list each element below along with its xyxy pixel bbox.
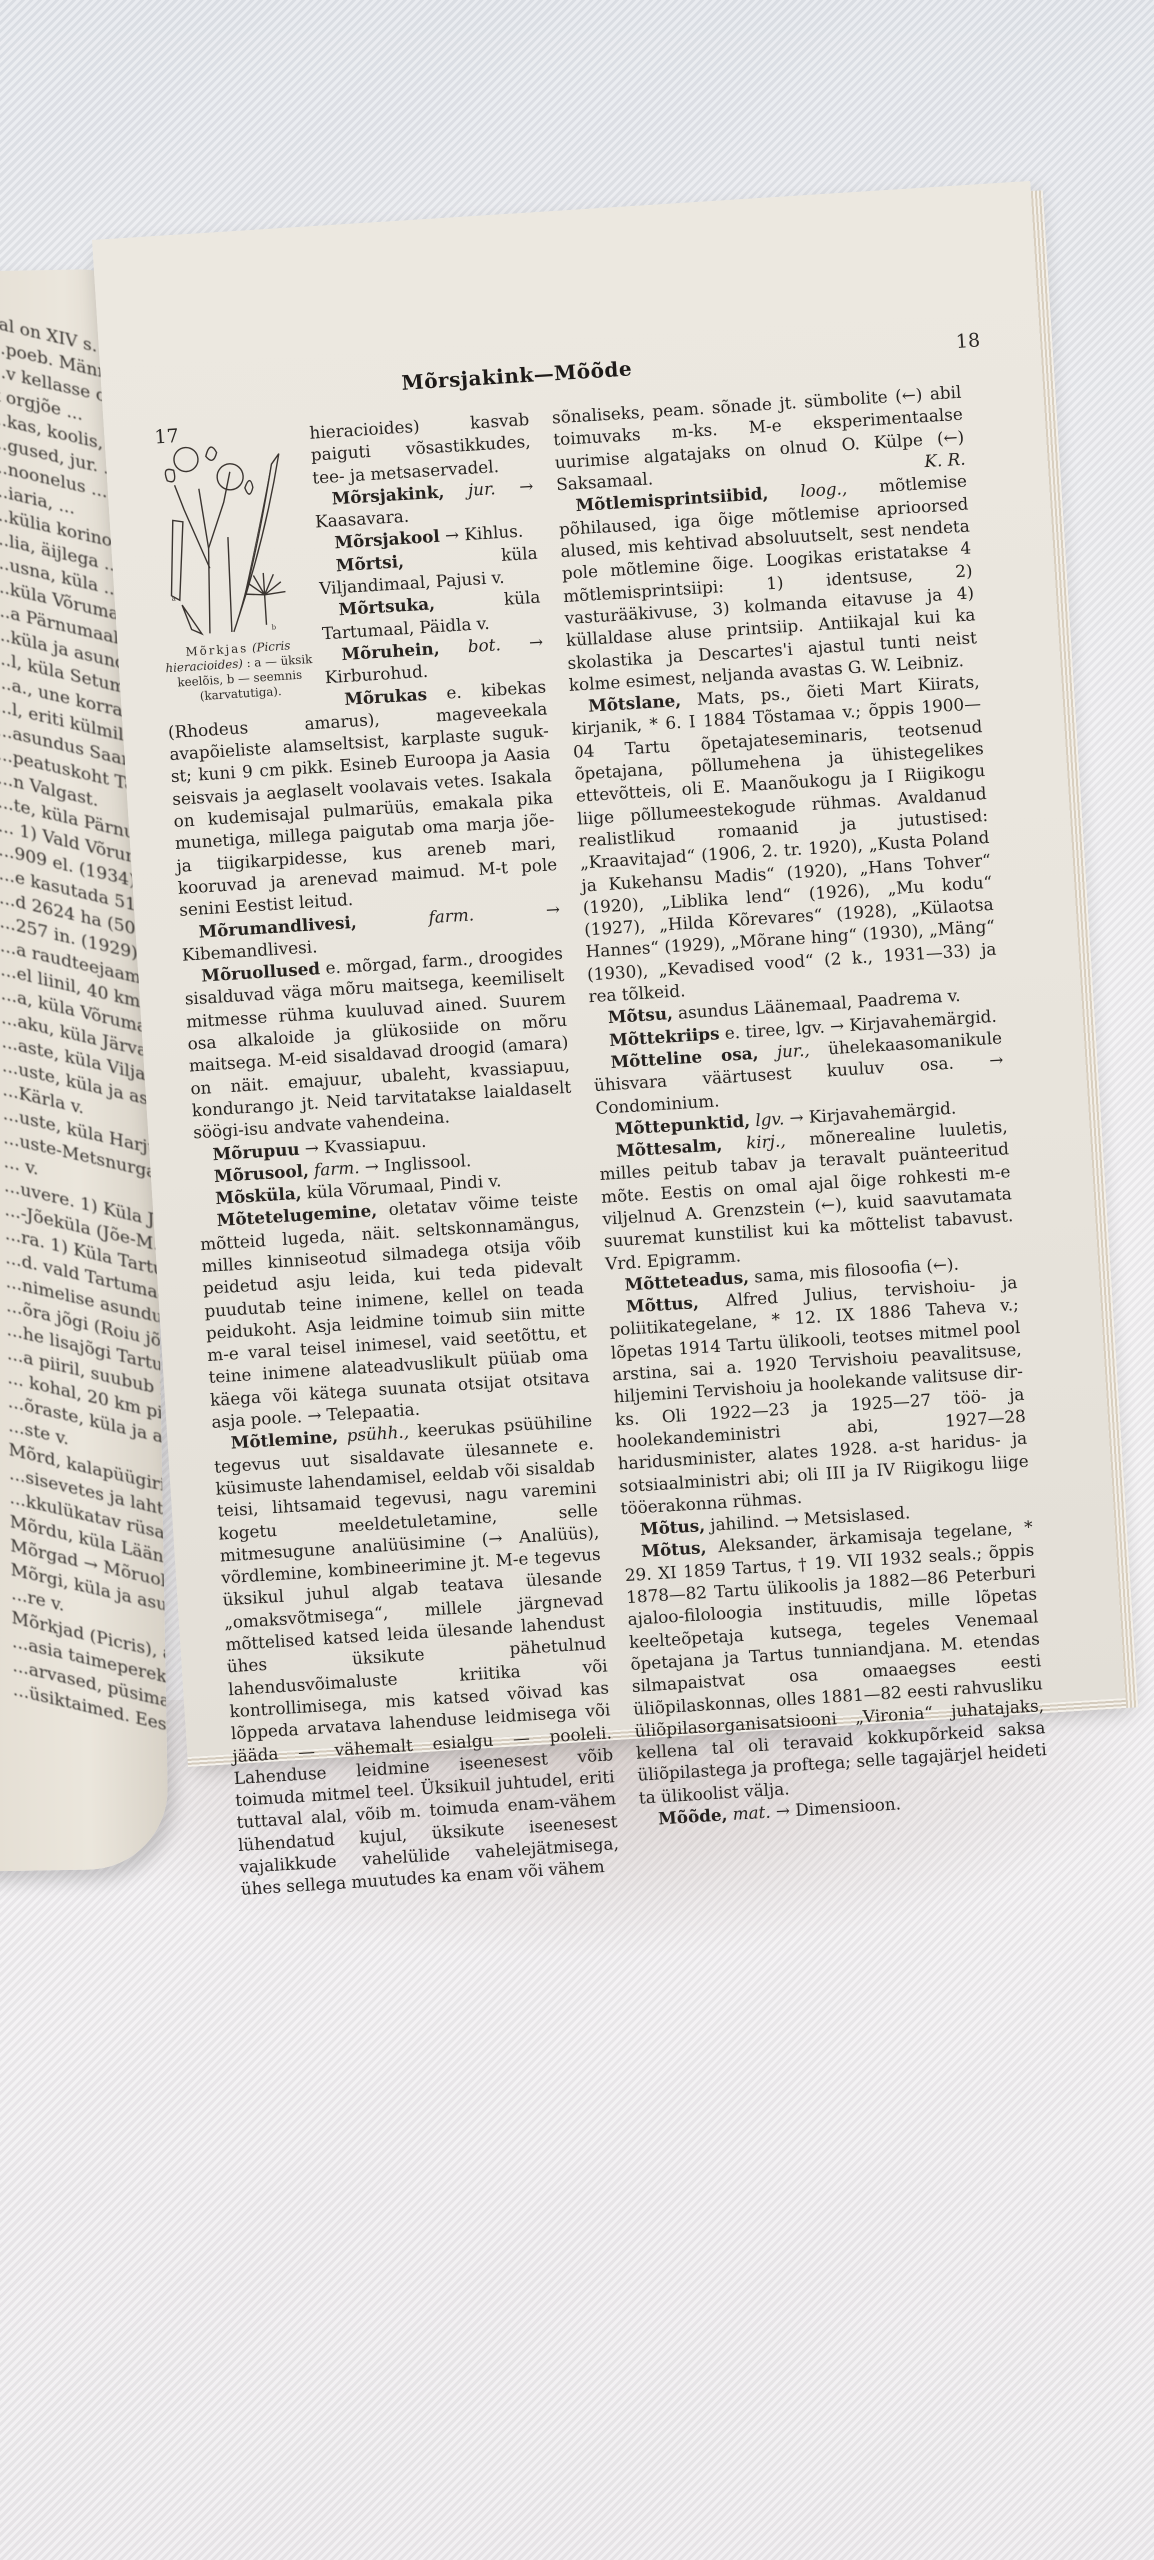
book-page: 17 Mõrsjakink—Mõõde 18 [92, 181, 1126, 1757]
entry-label: psühh., [346, 1422, 410, 1446]
entry-headword: Mõttus, [625, 1292, 699, 1317]
entry-headword: Mõtus, [639, 1515, 705, 1539]
right-column-entries: sõnaliseks, peam. sõnade jt. sümbolite (… [551, 381, 1050, 1831]
entry-headword: Mõtsu, [607, 1003, 673, 1027]
entry-label: jur. [467, 478, 496, 500]
entry-headword: Mõrtsi, [335, 551, 404, 575]
entry-text: e. kibekas (Rhodeus amarus), mageveekala… [167, 676, 557, 920]
dictionary-entry: Mõttesalm, kirj., mõnerealine luuletis, … [598, 1115, 1016, 1274]
page-number-right: 18 [955, 329, 981, 352]
entry-text: hieracioides) kasvab paiguti võsastikkud… [309, 409, 531, 487]
dictionary-entry: Mõrukas e. kibekas (Rhodeus amarus), mag… [166, 675, 559, 921]
entry-text: Aleksander, ärkamisaja tegelane, * 29. X… [624, 1517, 1047, 1807]
entry-label: bot. [467, 634, 501, 656]
svg-text:a: a [171, 594, 176, 602]
plant-illustration-icon: a b [149, 422, 312, 646]
entry-headword: Mõrtsuka, [338, 594, 435, 620]
page-stack-edge-right [1031, 190, 1138, 1708]
entry-label: mat. [732, 1802, 771, 1824]
entry-text: keerukas psüühiline tegevus uut sisaldav… [214, 1410, 620, 1899]
entry-headword: Mõtus, [641, 1537, 707, 1561]
entry-label: farm. [313, 1157, 360, 1180]
svg-text:b: b [271, 623, 276, 631]
figure-caption: Mõrkjas (Picris hieracioides) : a — üksi… [163, 637, 316, 706]
entry-headword: Mõrsjakink, [331, 481, 445, 508]
figure: a b Mõrkjas (Picris hieracioides) : a — … [149, 422, 316, 706]
entry-label: loog., [800, 479, 848, 502]
dictionary-entry: Mõtus, Aleksander, ärkamisaja tegelane, … [623, 1516, 1049, 1809]
entry-label: lgv. [755, 1108, 785, 1130]
running-head: Mõrsjakink—Mõõde [401, 356, 633, 394]
entry-label: jur., [776, 1039, 810, 1061]
right-column: sõnaliseks, peam. sõnade jt. sümbolite (… [551, 381, 1050, 1831]
dictionary-entry: Mõttus, Alfred Julius, tervishoiu- ja po… [607, 1271, 1030, 1519]
entry-text: Mats, ps., õieti Mart Kiirats, kirjanik,… [571, 671, 997, 1006]
left-column: a b Mõrkjas (Picris hieracioides) : a — … [149, 408, 621, 1901]
dictionary-entry: Mõtslane, Mats, ps., õieti Mart Kiirats,… [570, 670, 999, 1007]
entry-text: → Kihlus. [444, 521, 523, 546]
dictionary-entry: Mõtlemine, psühh., keerukas psüühiline t… [212, 1409, 621, 1900]
entry-label: farm. [428, 904, 475, 927]
dictionary-entry: Mõruollused e. mõrgad, farm., droogides … [183, 942, 573, 1144]
entry-label: kirj., [746, 1130, 787, 1152]
dictionary-entry: Mõtlemisprintsiibid, loog., mõtlemise põ… [557, 470, 979, 696]
entry-headword: Mõrukas [344, 683, 428, 708]
dictionary-entry: Mõtetelugemine, oletatav võime teiste mõ… [198, 1187, 591, 1433]
entry-headword: Mõõde, [658, 1804, 728, 1828]
